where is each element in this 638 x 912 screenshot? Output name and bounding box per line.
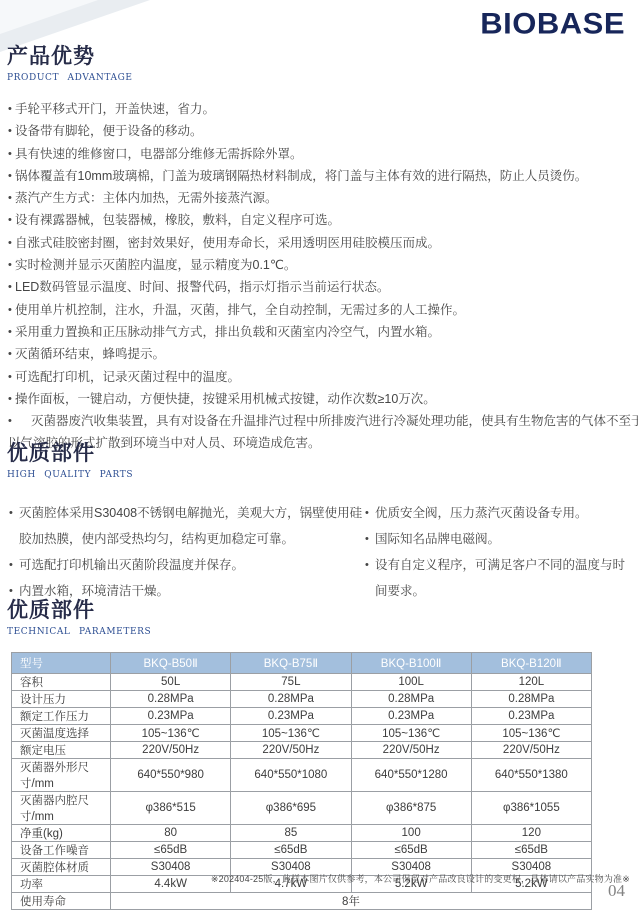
- list-item-text: 具有快速的维修窗口，电器部分维修无需拆除外罩。: [15, 147, 303, 161]
- list-item: •可选配打印机输出灭菌阶段温度并保存。: [7, 552, 363, 578]
- section-product-advantage: 产品优势 PRODUCT ADVANTAGE •手轮平移式开门，开盖快速，省力。…: [7, 40, 630, 455]
- section-title-cn: 优质部件: [7, 437, 630, 467]
- table-row: 灭菌器内腔尺寸/mm φ386*515 φ386*695 φ386*875 φ3…: [12, 792, 592, 825]
- biobase-logo: BIOBASE: [480, 7, 625, 42]
- cell: 0.23MPa: [471, 708, 591, 725]
- brochure-page: BIOBASE 产品优势 PRODUCT ADVANTAGE •手轮平移式开门，…: [0, 0, 638, 912]
- list-item-text: 锅体覆盖有10mm玻璃棉，门盖为玻璃钢隔热材料制成，将门盖与主体有效的进行隔热，…: [15, 169, 587, 183]
- list-item: •采用重力置换和正压脉动排气方式，排出负载和灭菌室内冷空气，内置水箱。: [7, 321, 630, 343]
- column-header: BKQ-B50Ⅱ: [111, 653, 231, 674]
- list-item-text: 自涨式硅胶密封圈，密封效果好，使用寿命长，采用透明医用硅胶模压而成。: [15, 236, 440, 250]
- cell: 105~136℃: [111, 725, 231, 742]
- cell: φ386*875: [351, 792, 471, 825]
- quality-right-list: •优质安全阀，压力蒸汽灭菌设备专用。 •国际知名品牌电磁阀。 •设有自定义程序，…: [363, 500, 630, 604]
- bullet-dot: •: [8, 321, 12, 343]
- bullet-dot: •: [8, 120, 12, 142]
- cell: 640*550*1080: [231, 759, 351, 792]
- list-item-text: 灭菌器废汽收集装置，具有对设备在升温排汽过程中所排废汽进行冷凝处理功能，使具有生…: [31, 414, 638, 428]
- list-item-text: 灭菌腔体采用S30408不锈钢电解抛光，美观大方，锅壁使用硅胶加热膜，使内部受热…: [19, 506, 362, 546]
- bullet-dot: •: [8, 98, 12, 120]
- list-item: •使用单片机控制，注水，升温，灭菌，排气，全自动控制，无需过多的人工操作。: [7, 299, 630, 321]
- list-item: •具有快速的维修窗口，电器部分维修无需拆除外罩。: [7, 143, 630, 165]
- column-header: BKQ-B75Ⅱ: [231, 653, 351, 674]
- table-row: 容积 50L 75L 100L 120L: [12, 674, 592, 691]
- list-item: •LED数码管显示温度、时间、报警代码，指示灯指示当前运行状态。: [7, 276, 630, 298]
- cell: 220V/50Hz: [471, 742, 591, 759]
- bullet-dot: •: [8, 165, 12, 187]
- bullet-dot: •: [9, 552, 13, 578]
- cell: φ386*695: [231, 792, 351, 825]
- list-item-text: 可选配打印机输出灭菌阶段温度并保存。: [19, 558, 244, 572]
- row-label: 容积: [12, 674, 111, 691]
- cell: 640*550*1280: [351, 759, 471, 792]
- cell: 0.28MPa: [231, 691, 351, 708]
- list-item: •灭菌器废汽收集装置，具有对设备在升温排汽过程中所排废汽进行冷凝处理功能，使具有…: [7, 410, 630, 432]
- list-item-text: 灭菌循环结束，蜂鸣提示。: [15, 347, 165, 361]
- list-item: •锅体覆盖有10mm玻璃棉，门盖为玻璃钢隔热材料制成，将门盖与主体有效的进行隔热…: [7, 165, 630, 187]
- cell: 640*550*980: [111, 759, 231, 792]
- list-item: •国际知名品牌电磁阀。: [363, 526, 630, 552]
- cell: ≤65dB: [471, 842, 591, 859]
- section-subtitle-en: HIGH QUALITY PARTS: [7, 470, 630, 480]
- cell: 0.28MPa: [111, 691, 231, 708]
- column-header: BKQ-B100Ⅱ: [351, 653, 471, 674]
- bullet-dot: •: [8, 254, 12, 276]
- row-label: 额定工作压力: [12, 708, 111, 725]
- list-item-text: 国际知名品牌电磁阀。: [375, 532, 500, 546]
- row-label: 功率: [12, 876, 111, 893]
- list-item-text: 实时检测并显示灭菌腔内温度，显示精度为0.1℃。: [15, 258, 296, 272]
- cell: 50L: [111, 674, 231, 691]
- list-item-text: 设有裸露器械，包装器械，橡胶，敷料，自定义程序可选。: [15, 213, 340, 227]
- table-row: 灭菌器外形尺寸/mm 640*550*980 640*550*1080 640*…: [12, 759, 592, 792]
- section-title-cn: 产品优势: [7, 40, 630, 70]
- quality-left-list: •灭菌腔体采用S30408不锈钢电解抛光，美观大方，锅壁使用硅胶加热膜，使内部受…: [7, 500, 363, 604]
- list-item: •实时检测并显示灭菌腔内温度，显示精度为0.1℃。: [7, 254, 630, 276]
- list-item: •手轮平移式开门，开盖快速，省力。: [7, 98, 630, 120]
- bullet-dot: •: [8, 366, 12, 388]
- column-header: BKQ-B120Ⅱ: [471, 653, 591, 674]
- cell: 120L: [471, 674, 591, 691]
- cell: 105~136℃: [351, 725, 471, 742]
- cell: 640*550*1380: [471, 759, 591, 792]
- cell: 105~136℃: [471, 725, 591, 742]
- list-item: •设有裸露器械，包装器械，橡胶，敷料，自定义程序可选。: [7, 209, 630, 231]
- bullet-dot: •: [8, 388, 12, 410]
- cell: 0.23MPa: [111, 708, 231, 725]
- section-high-quality-parts: 优质部件 HIGH QUALITY PARTS •灭菌腔体采用S30408不锈钢…: [7, 437, 630, 604]
- list-item-text: 蒸汽产生方式：主体内加热，无需外接蒸汽源。: [15, 191, 278, 205]
- table-row: 设备工作噪音 ≤65dB ≤65dB ≤65dB ≤65dB: [12, 842, 592, 859]
- cell: 100: [351, 825, 471, 842]
- list-item: •蒸汽产生方式：主体内加热，无需外接蒸汽源。: [7, 187, 630, 209]
- disclaimer-note: ※202404-25版，此样本图片仅供参考，本公司保留对产品改良设计的变更权，具…: [211, 872, 630, 885]
- list-item: •灭菌循环结束，蜂鸣提示。: [7, 343, 630, 365]
- bullet-dot: •: [365, 552, 369, 578]
- cell: ≤65dB: [111, 842, 231, 859]
- cell: 75L: [231, 674, 351, 691]
- row-label: 灭菌腔体材质: [12, 859, 111, 876]
- list-item-text: 手轮平移式开门，开盖快速，省力。: [15, 102, 215, 116]
- cell: 220V/50Hz: [231, 742, 351, 759]
- bullet-dot: •: [8, 343, 12, 365]
- list-item-text: 设备带有脚轮，便于设备的移动。: [15, 124, 203, 138]
- list-item: •优质安全阀，压力蒸汽灭菌设备专用。: [363, 500, 630, 526]
- list-item: •自涨式硅胶密封圈，密封效果好，使用寿命长，采用透明医用硅胶模压而成。: [7, 232, 630, 254]
- bullet-dot: •: [8, 232, 12, 254]
- list-item-text: 优质安全阀，压力蒸汽灭菌设备专用。: [375, 506, 588, 520]
- table-row: 灭菌温度选择 105~136℃ 105~136℃ 105~136℃ 105~13…: [12, 725, 592, 742]
- table-row: 净重(kg) 80 85 100 120: [12, 825, 592, 842]
- list-item-text: 设有自定义程序，可满足客户不同的温度与时间要求。: [375, 558, 625, 598]
- row-label: 设备工作噪音: [12, 842, 111, 859]
- table-header-row: 型号 BKQ-B50Ⅱ BKQ-B75Ⅱ BKQ-B100Ⅱ BKQ-B120Ⅱ: [12, 653, 592, 674]
- list-item: •设备带有脚轮，便于设备的移动。: [7, 120, 630, 142]
- list-item: •可选配打印机，记录灭菌过程中的温度。: [7, 366, 630, 388]
- cell: 0.23MPa: [231, 708, 351, 725]
- list-item-text: 采用重力置换和正压脉动排气方式，排出负载和灭菌室内冷空气，内置水箱。: [15, 325, 440, 339]
- cell: φ386*515: [111, 792, 231, 825]
- cell: 85: [231, 825, 351, 842]
- table-row: 使用寿命 8年: [12, 893, 592, 910]
- bullet-dot: •: [8, 209, 12, 231]
- row-label: 使用寿命: [12, 893, 111, 910]
- bullet-dot: •: [8, 187, 12, 209]
- bullet-dot: •: [365, 526, 369, 552]
- column-header: 型号: [12, 653, 111, 674]
- table-row: 额定电压 220V/50Hz 220V/50Hz 220V/50Hz 220V/…: [12, 742, 592, 759]
- cell: ≤65dB: [351, 842, 471, 859]
- page-number: 04: [608, 881, 625, 901]
- cell: 80: [111, 825, 231, 842]
- cell: ≤65dB: [231, 842, 351, 859]
- row-label: 灭菌器外形尺寸/mm: [12, 759, 111, 792]
- cell: 0.28MPa: [351, 691, 471, 708]
- cell: 100L: [351, 674, 471, 691]
- row-label: 净重(kg): [12, 825, 111, 842]
- cell: 220V/50Hz: [111, 742, 231, 759]
- bullet-dot: •: [8, 276, 12, 298]
- section-title-cn: 优质部件: [7, 594, 630, 624]
- cell: 120: [471, 825, 591, 842]
- list-item: •灭菌腔体采用S30408不锈钢电解抛光，美观大方，锅壁使用硅胶加热膜，使内部受…: [7, 500, 363, 552]
- cell: 0.28MPa: [471, 691, 591, 708]
- bullet-dot: •: [8, 299, 12, 321]
- cell-lifetime: 8年: [111, 893, 592, 910]
- list-item: •操作面板，一键启动，方便快捷，按键采用机械式按键，动作次数≥10万次。: [7, 388, 630, 410]
- cell: φ386*1055: [471, 792, 591, 825]
- quality-columns: •灭菌腔体采用S30408不锈钢电解抛光，美观大方，锅壁使用硅胶加热膜，使内部受…: [7, 500, 630, 604]
- section-subtitle-en: TECHNICAL PARAMETERS: [7, 627, 630, 637]
- bullet-dot: •: [365, 500, 369, 526]
- list-item-text: LED数码管显示温度、时间、报警代码，指示灯指示当前运行状态。: [15, 280, 389, 294]
- cell: 220V/50Hz: [351, 742, 471, 759]
- table-row: 额定工作压力 0.23MPa 0.23MPa 0.23MPa 0.23MPa: [12, 708, 592, 725]
- cell: 0.23MPa: [351, 708, 471, 725]
- bullet-dot: •: [9, 500, 13, 526]
- row-label: 灭菌温度选择: [12, 725, 111, 742]
- row-label: 额定电压: [12, 742, 111, 759]
- bullet-dot: •: [8, 410, 12, 432]
- row-label: 灭菌器内腔尺寸/mm: [12, 792, 111, 825]
- corner-triangle-inner: [0, 0, 98, 34]
- section-technical-parameters: 优质部件 TECHNICAL PARAMETERS 型号 BKQ-B50Ⅱ BK…: [7, 594, 630, 910]
- bullet-dot: •: [8, 143, 12, 165]
- section-subtitle-en: PRODUCT ADVANTAGE: [7, 73, 630, 83]
- table-row: 设计压力 0.28MPa 0.28MPa 0.28MPa 0.28MPa: [12, 691, 592, 708]
- list-item-text: 可选配打印机，记录灭菌过程中的温度。: [15, 370, 240, 384]
- advantage-bullet-list: •手轮平移式开门，开盖快速，省力。 •设备带有脚轮，便于设备的移动。 •具有快速…: [7, 98, 630, 455]
- list-item-text: 使用单片机控制，注水，升温，灭菌，排气，全自动控制，无需过多的人工操作。: [15, 303, 465, 317]
- cell: 105~136℃: [231, 725, 351, 742]
- list-item-text: 操作面板，一键启动，方便快捷，按键采用机械式按键，动作次数≥10万次。: [15, 392, 436, 406]
- row-label: 设计压力: [12, 691, 111, 708]
